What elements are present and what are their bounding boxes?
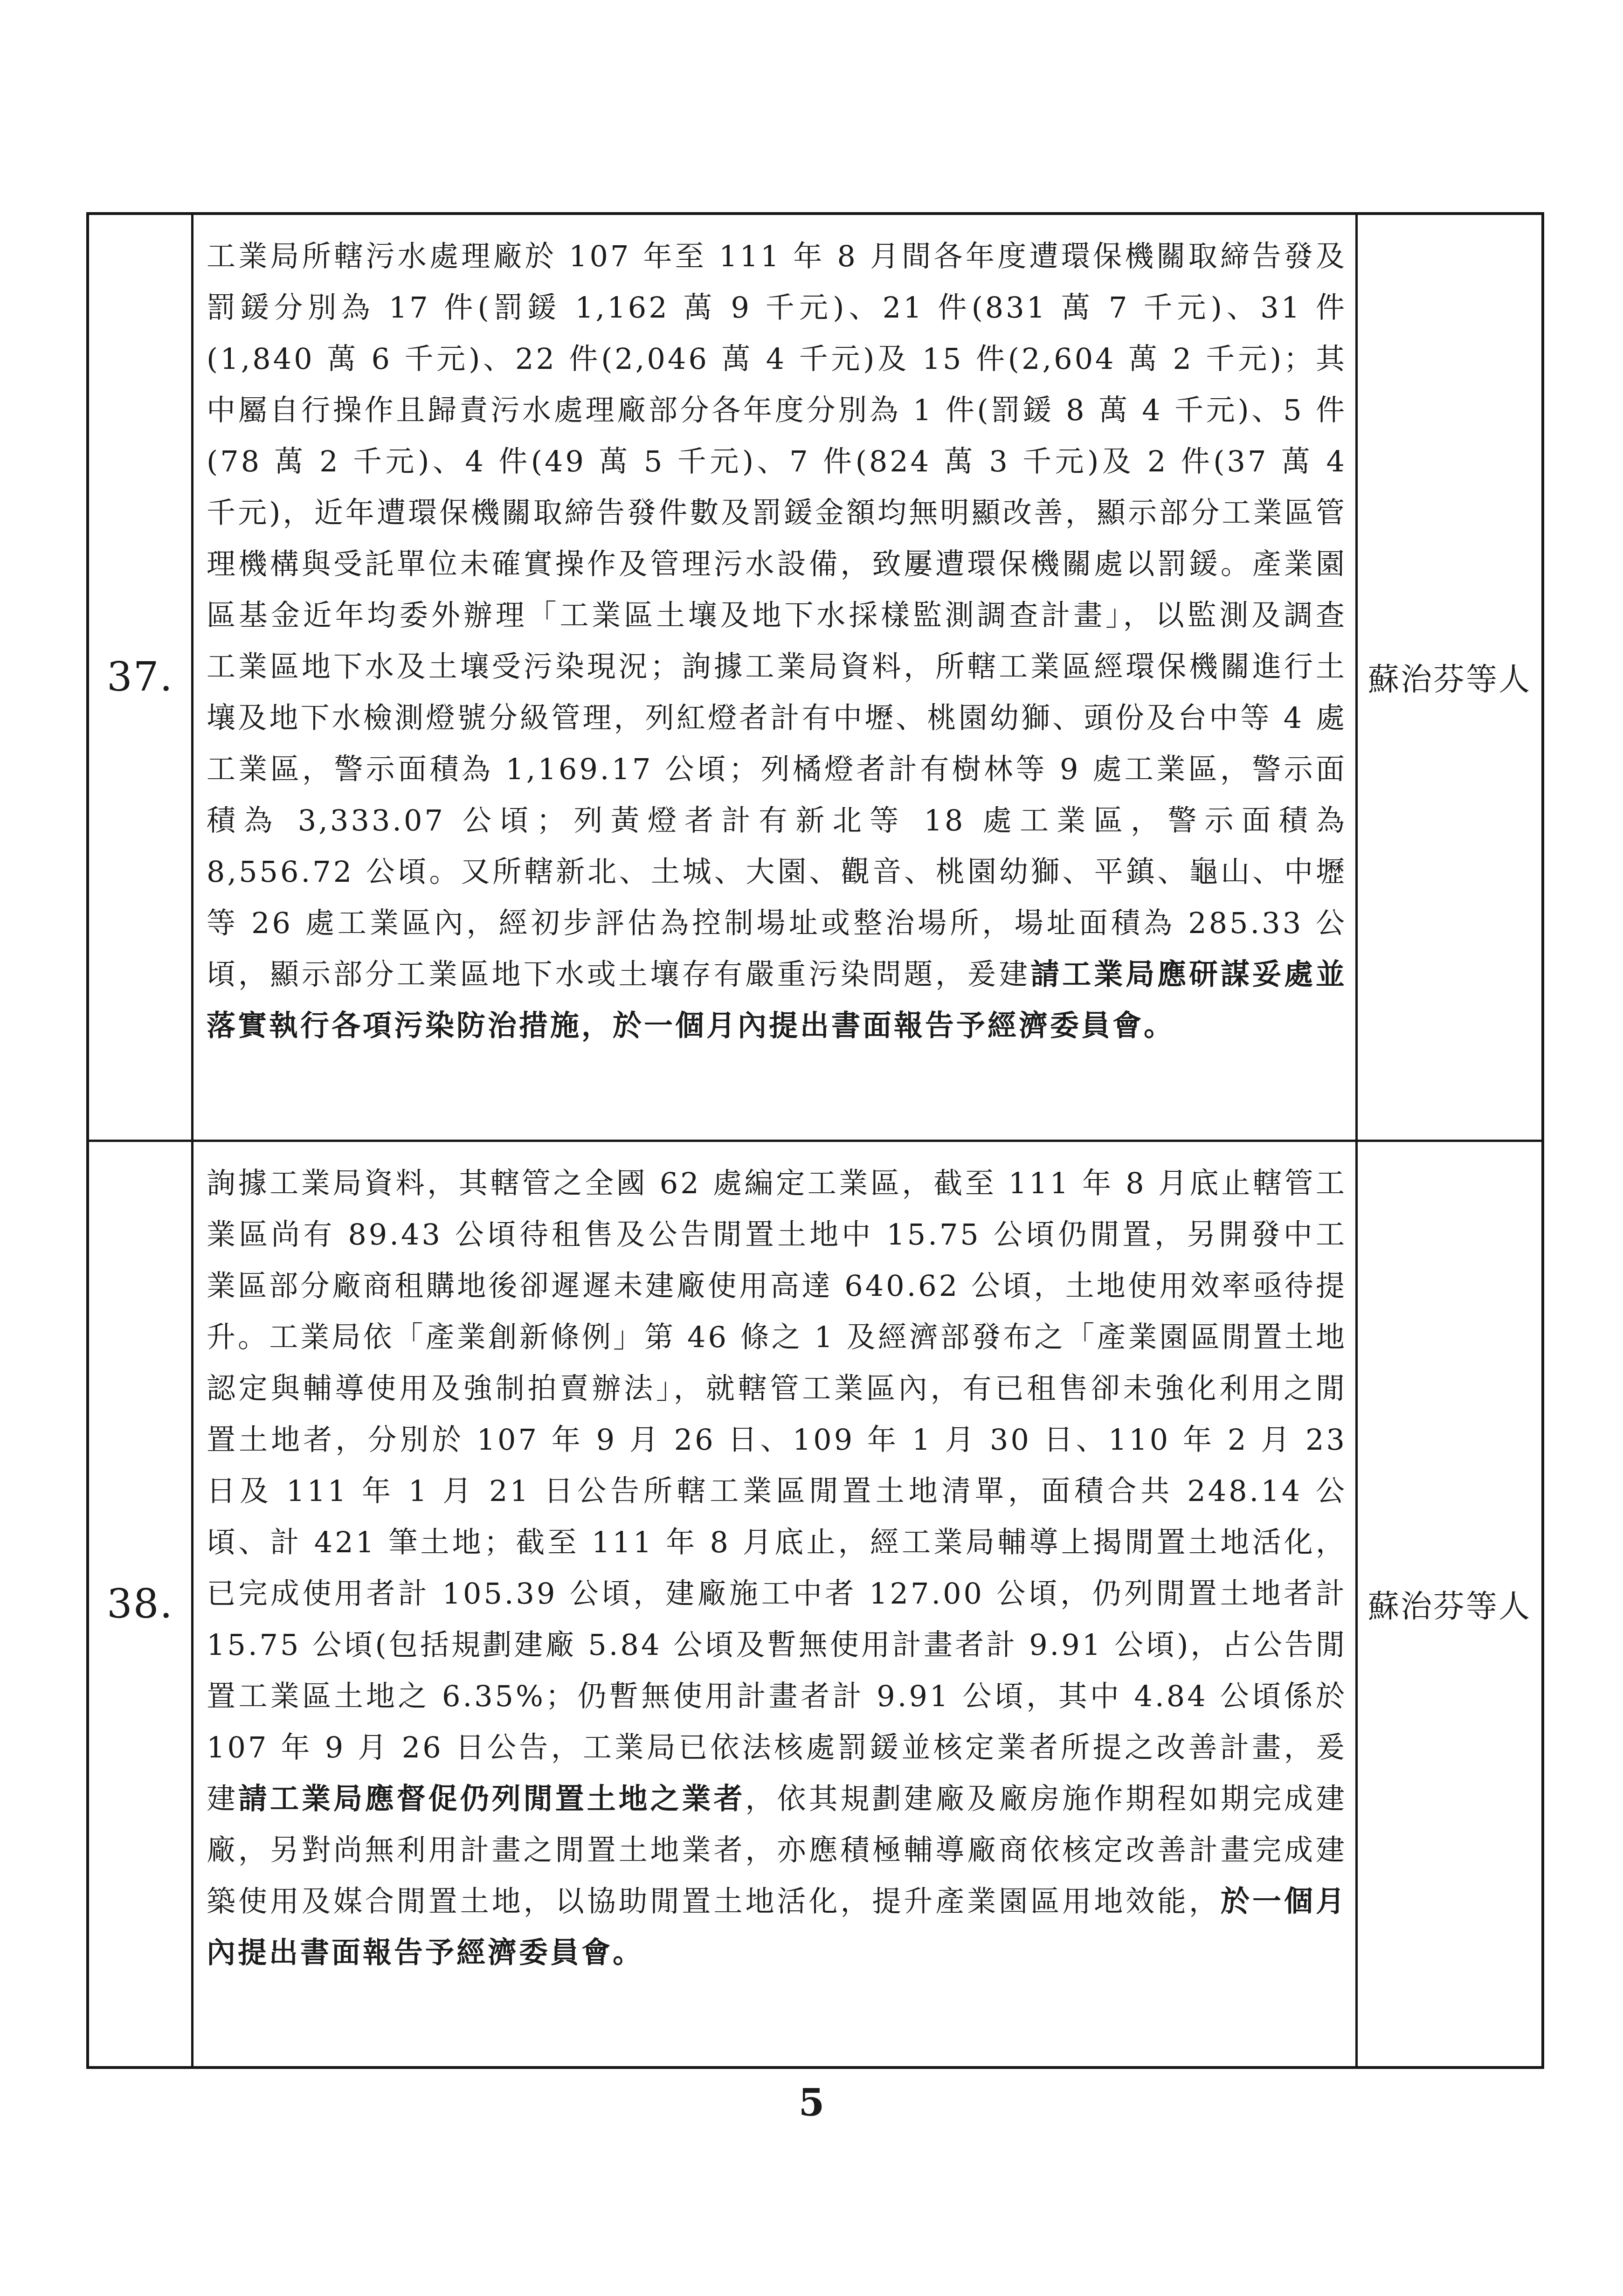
page-number: 5 [0, 2081, 1623, 2124]
table-row: 37.工業局所轄污水處理廠於 107 年至 111 年 8 月間各年度遭環保機關… [89, 215, 1541, 1142]
table-row: 38.詢據工業局資料，其轄管之全國 62 處編定工業區，截至 111 年 8 月… [89, 1142, 1541, 2067]
item-number: 37. [89, 215, 193, 1140]
text-run: 工業局所轄污水處理廠於 107 年至 111 年 8 月間各年度遭環保機關取締告… [207, 239, 1347, 991]
text-run: 詢據工業局資料，其轄管之全國 62 處編定工業區，截至 111 年 8 月底止轄… [207, 1166, 1347, 1816]
motions-table: 37.工業局所轄污水處理廠於 107 年至 111 年 8 月間各年度遭環保機關… [86, 212, 1544, 2069]
item-number: 38. [89, 1142, 193, 2067]
document-page: 37.工業局所轄污水處理廠於 107 年至 111 年 8 月間各年度遭環保機關… [0, 0, 1623, 2296]
proposer-name: 蘇治芬等人 [1358, 215, 1541, 1140]
item-text: 詢據工業局資料，其轄管之全國 62 處編定工業區，截至 111 年 8 月底止轄… [193, 1142, 1358, 2067]
text-run-bold: 請工業局應督促仍列閒置土地之業者 [238, 1782, 746, 1816]
item-text: 工業局所轄污水處理廠於 107 年至 111 年 8 月間各年度遭環保機關取締告… [193, 215, 1358, 1140]
proposer-name: 蘇治芬等人 [1358, 1142, 1541, 2067]
